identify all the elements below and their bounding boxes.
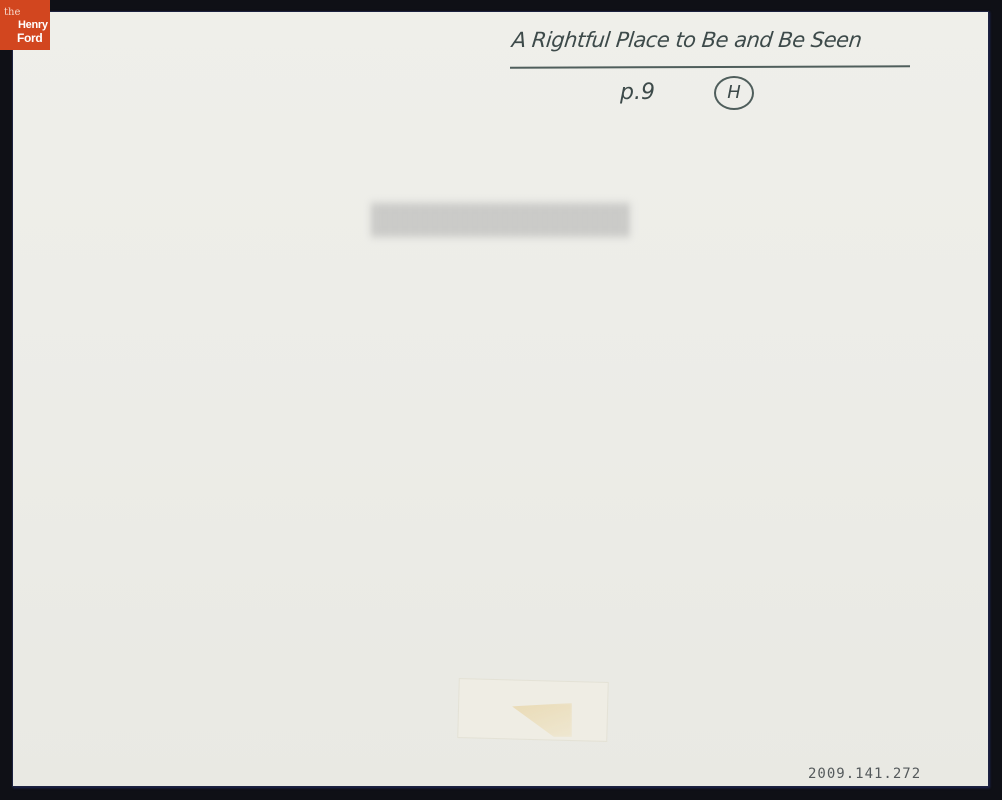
blurred-stamp (372, 203, 630, 237)
accession-number: 2009.141.272 (808, 766, 921, 782)
logo-henry: Henry (18, 20, 48, 31)
photo-print-back (12, 11, 989, 787)
henry-ford-logo: the Henry Ford (0, 0, 50, 50)
handwritten-page-number: p.9 (620, 80, 655, 105)
circled-letter: H (714, 76, 754, 110)
logo-ford: Ford (17, 32, 42, 44)
logo-the: the (4, 8, 20, 18)
handwritten-title: A Rightful Place to Be and Be Seen (511, 28, 914, 52)
